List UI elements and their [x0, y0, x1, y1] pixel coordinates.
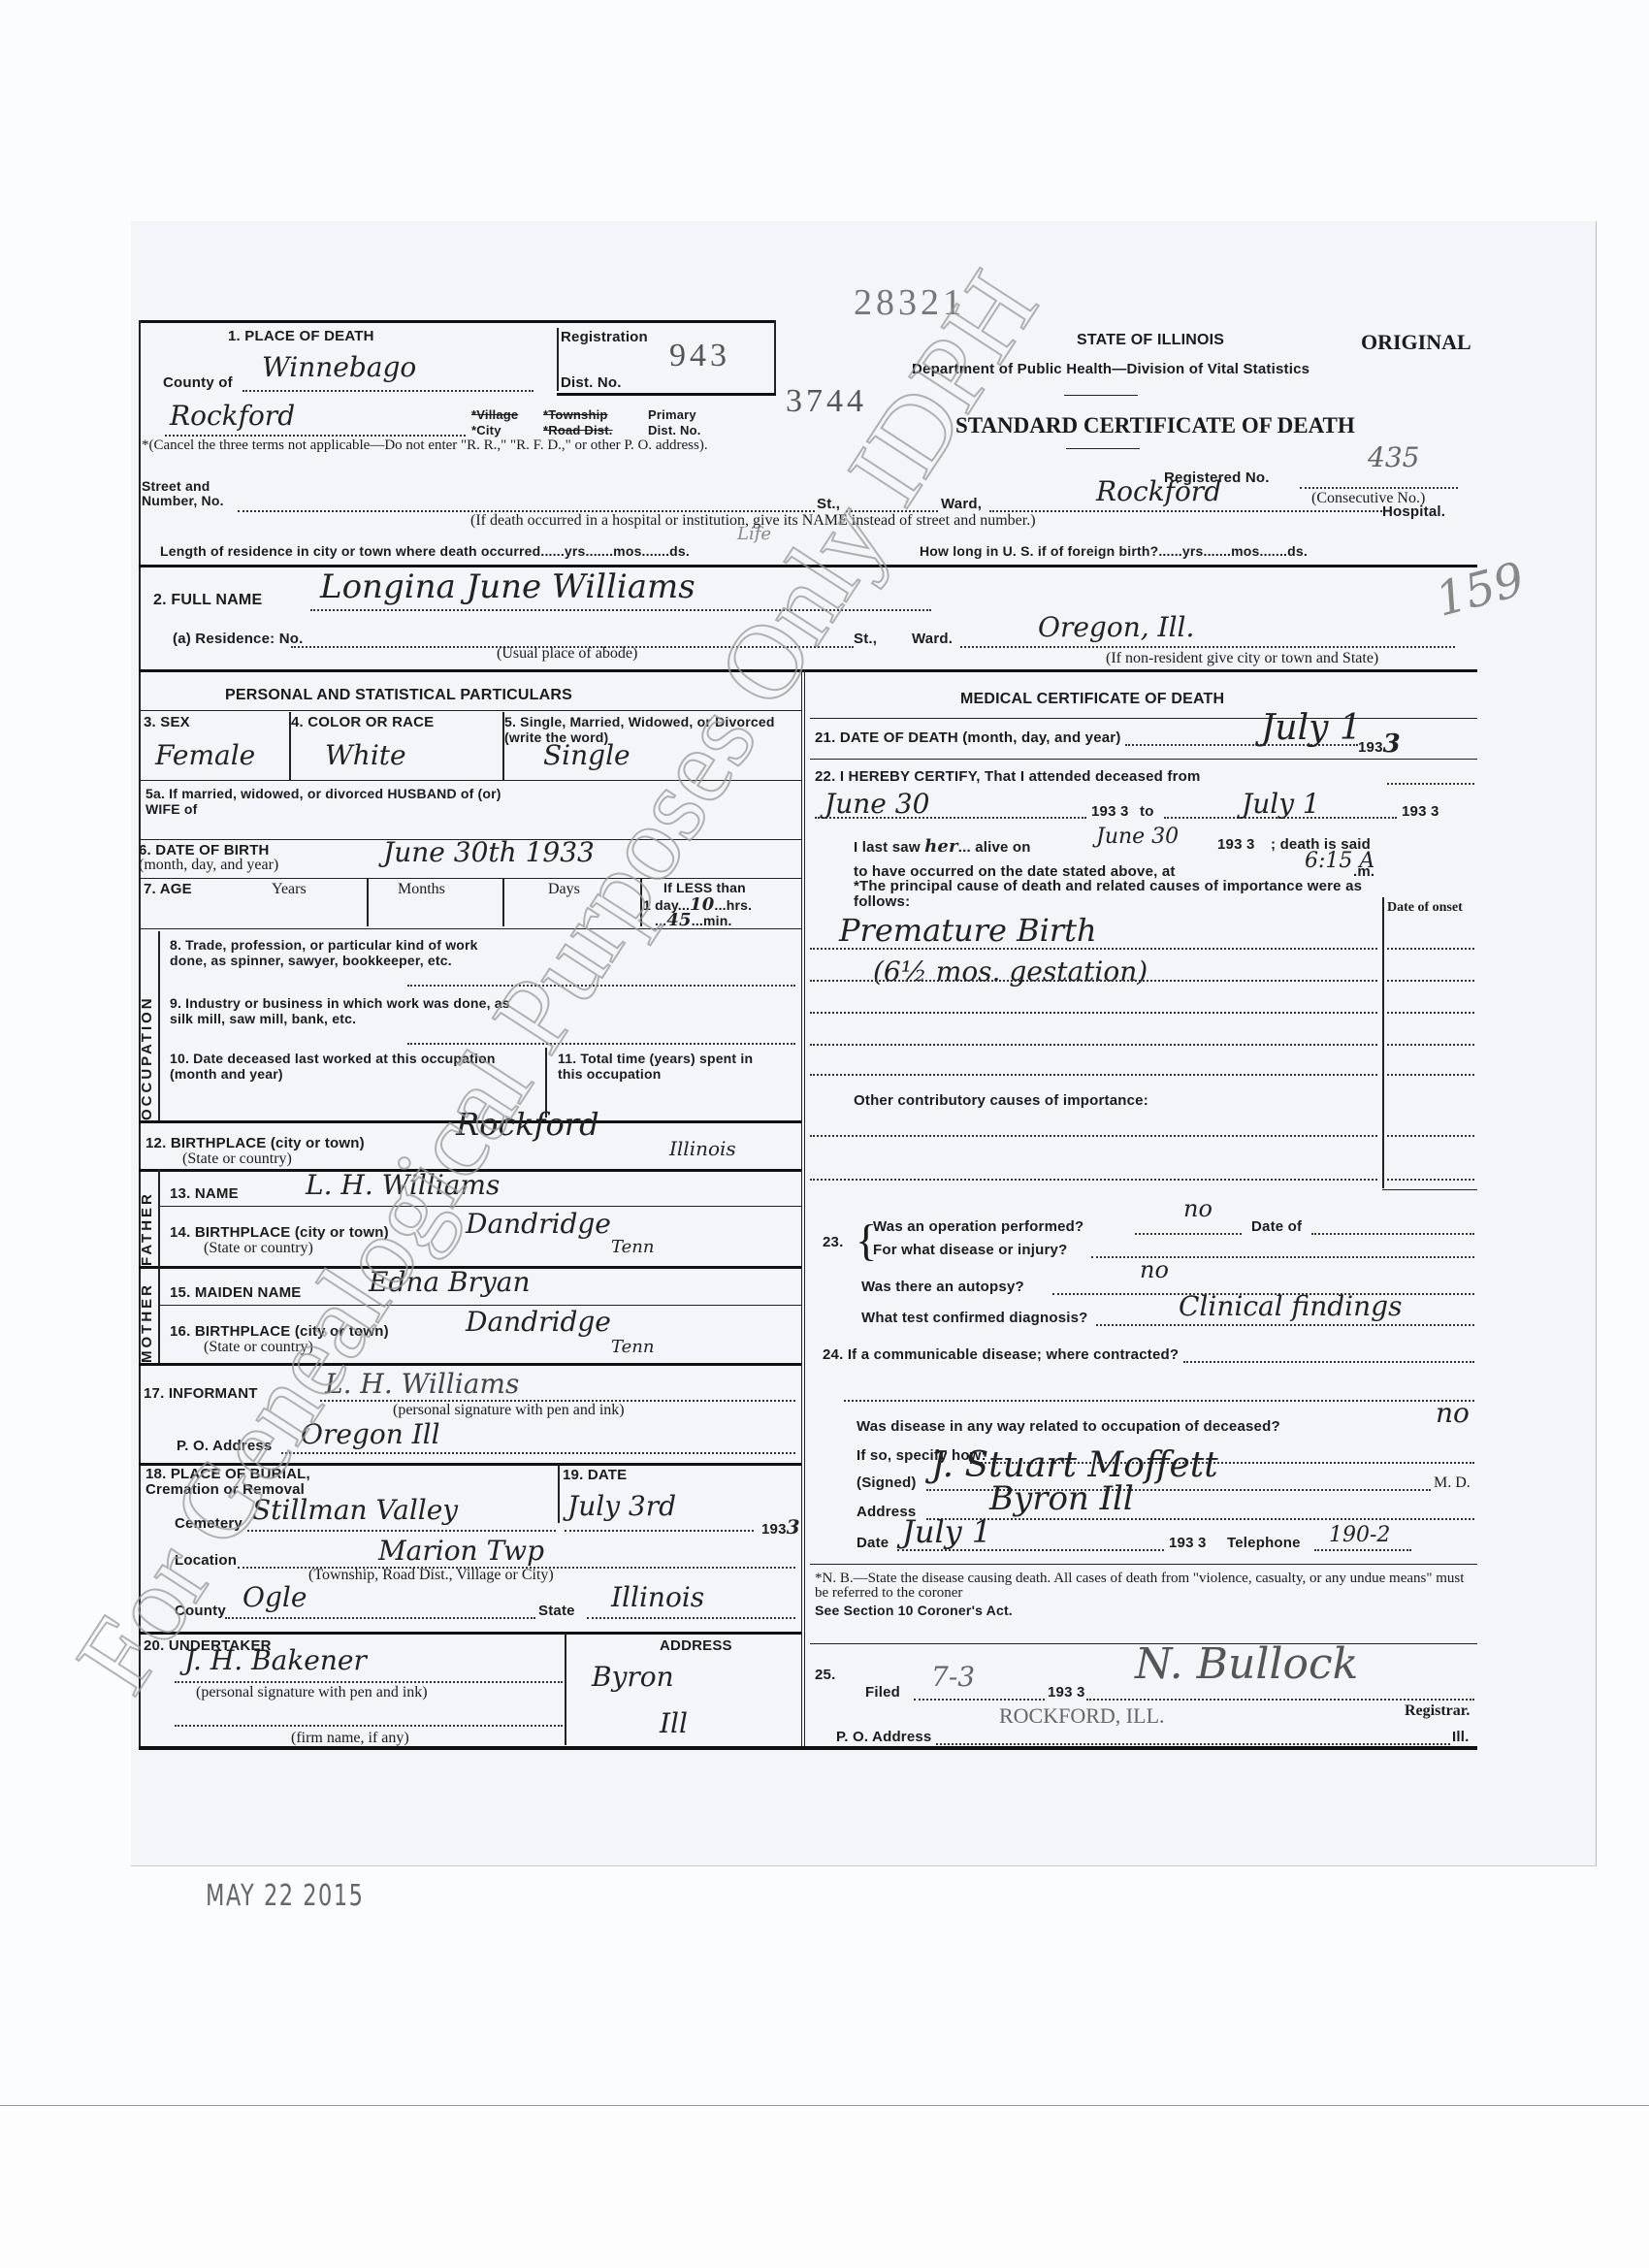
registration-value: 943	[669, 338, 730, 374]
test-label: What test confirmed diagnosis?	[861, 1310, 1088, 1326]
burial-state-label: State	[538, 1603, 575, 1619]
attended-to: July 1	[1242, 788, 1320, 820]
undertaker-address-value: Byron	[592, 1661, 674, 1693]
dob-sub: (month, day, and year)	[139, 857, 278, 874]
length-residence-value: Life	[737, 524, 771, 544]
operation-value: no	[1183, 1195, 1212, 1222]
location-value: Marion Twp	[378, 1535, 544, 1567]
personal-heading: PERSONAL AND STATISTICAL PARTICULARS	[225, 687, 572, 704]
q23-number: 23.	[823, 1234, 843, 1250]
other-causes-label: Other contributory causes of importance:	[854, 1092, 1148, 1109]
doctor-date-year: 193 3	[1169, 1535, 1207, 1551]
residence-ward-label: Ward.	[912, 631, 953, 647]
burial-county-value: Ogle	[242, 1581, 307, 1613]
attended-from-year: 193 3	[1091, 803, 1129, 820]
registrar-label: Registrar.	[1405, 1702, 1470, 1720]
last-saw-pronoun: her	[924, 836, 958, 857]
trade-label: 8. Trade, profession, or particular kind…	[170, 937, 519, 968]
nonresident-note: (If non-resident give city or town and S…	[1106, 650, 1378, 667]
location-note: (Township, Road Dist., Village or City)	[308, 1567, 554, 1584]
filing-po-label: P. O. Address	[836, 1729, 931, 1745]
place-of-death-label: 1. PLACE OF DEATH	[228, 328, 374, 344]
father-birthplace-state: Tenn	[611, 1237, 654, 1257]
birthplace-sub: (State or country)	[182, 1150, 292, 1168]
signed-label: (Signed)	[857, 1474, 917, 1491]
filed-year: 193 3	[1048, 1684, 1085, 1701]
race-value: White	[325, 739, 406, 771]
rockford-stamp: ROCKFORD, ILL.	[999, 1703, 1165, 1729]
registration-label: Registration	[561, 329, 648, 345]
cause-label: *The principal cause of death and relate…	[854, 879, 1397, 910]
firm-note: (firm name, if any)	[291, 1730, 409, 1747]
birthplace-state: Illinois	[669, 1137, 736, 1160]
scanner-bed	[0, 2105, 1649, 2268]
occupation-related-value: no	[1436, 1397, 1470, 1429]
burial-date-value: July 3rd	[567, 1490, 676, 1522]
township-label: *Township	[543, 407, 608, 422]
cause-line-1: Premature Birth	[839, 912, 1097, 949]
county-value: Winnebago	[262, 351, 416, 383]
road-dist-label: *Road Dist.	[543, 423, 613, 437]
filing-ill-label: Ill.	[1452, 1729, 1469, 1745]
date-of-death-year-digit: 3	[1383, 729, 1401, 759]
cancel-note: *(Cancel the three terms not applicable—…	[142, 438, 821, 453]
mother-side-label: MOTHER	[139, 1271, 155, 1363]
father-birthplace-value: Dandridge	[466, 1208, 611, 1240]
coroner-note: See Section 10 Coroner's Act.	[815, 1603, 1013, 1618]
spouse-label: 5a. If married, widowed, or divorced HUS…	[145, 786, 514, 817]
mother-birthplace-value: Dandridge	[466, 1306, 611, 1338]
autopsy-value: no	[1140, 1256, 1169, 1283]
document-title: STANDARD CERTIFICATE OF DEATH	[955, 413, 1355, 438]
telephone-value: 190-2	[1329, 1523, 1390, 1547]
hospital-value: Rockford	[1096, 475, 1221, 507]
undertaker-signature-note: (personal signature with pen and ink)	[196, 1684, 428, 1701]
marital-value: Single	[543, 739, 630, 771]
full-name-label: 2. FULL NAME	[153, 592, 262, 609]
hospital-label: Hospital.	[1382, 503, 1445, 520]
birthplace-label: 12. BIRTHPLACE (city or town)	[145, 1135, 365, 1151]
occupation-related-label: Was disease in any way related to occupa…	[857, 1418, 1280, 1435]
father-birthplace-sub: (State or country)	[204, 1240, 313, 1257]
mother-birthplace-state: Tenn	[611, 1337, 654, 1357]
street-label: Street and Number, No.	[142, 479, 229, 508]
disease-label: For what disease or injury?	[873, 1242, 1067, 1258]
to-label: to	[1140, 803, 1154, 820]
undertaker-value: J. H. Bakener	[184, 1644, 367, 1676]
test-value: Clinical findings	[1179, 1290, 1402, 1322]
residence-label: (a) Residence: No.	[173, 631, 303, 647]
informant-note: (personal signature with pen and ink)	[393, 1402, 625, 1419]
date-of-label: Date of	[1251, 1218, 1302, 1235]
primary-label: Primary	[648, 407, 696, 422]
date-of-death-label: 21. DATE OF DEATH (month, day, and year)	[815, 729, 1121, 746]
filed-label: Filed	[865, 1684, 900, 1701]
medical-heading: MEDICAL CERTIFICATE OF DEATH	[960, 691, 1224, 708]
abode-note: (Usual place of abode)	[497, 645, 637, 663]
received-date-stamp: MAY 22 2015	[206, 1879, 365, 1913]
years-label: Years	[272, 881, 307, 898]
ward-label: Ward,	[941, 496, 982, 512]
burial-date-label: 19. DATE	[563, 1467, 627, 1483]
nb-note: *N. B.—State the disease causing death. …	[815, 1571, 1474, 1601]
date-of-death-year: 193	[1358, 739, 1383, 756]
cause-line-2: (6½ mos. gestation)	[873, 956, 1148, 988]
months-label: Months	[398, 881, 445, 898]
sex-value: Female	[155, 739, 255, 771]
telephone-label: Telephone	[1227, 1535, 1301, 1551]
date-of-death-value: July 1	[1261, 708, 1362, 748]
md-label: M. D.	[1434, 1474, 1471, 1492]
onset-label: Date of onset	[1387, 900, 1463, 916]
doctor-date-value: July 1	[902, 1513, 991, 1550]
alive-on-label: alive on	[975, 839, 1030, 856]
autopsy-label: Was there an autopsy?	[861, 1279, 1024, 1295]
certify-label: 22. I HEREBY CERTIFY, That I attended de…	[815, 768, 1201, 785]
attended-from: June 30	[824, 788, 929, 820]
doctor-date-label: Date	[857, 1535, 889, 1551]
copy-type: ORIGINAL	[1361, 330, 1471, 355]
registered-no-value: 435	[1368, 441, 1419, 473]
race-label: 4. COLOR OR RACE	[291, 714, 434, 730]
doctor-address-value: Byron Ill	[989, 1479, 1134, 1518]
registrar-signature: N. Bullock	[1135, 1639, 1358, 1689]
foreign-birth-label: How long in U. S. if of foreign birth?..…	[920, 543, 1308, 559]
age-label: 7. AGE	[144, 881, 192, 897]
residence-value: Oregon, Ill.	[1038, 611, 1194, 643]
full-name-value: Longina June Williams	[320, 567, 695, 606]
attended-to-year: 193 3	[1402, 803, 1439, 820]
father-name-label: 13. NAME	[170, 1185, 239, 1202]
city-label: *City	[471, 423, 501, 437]
state-title: STATE OF ILLINOIS	[1077, 332, 1224, 349]
city-value: Rockford	[170, 400, 295, 432]
father-side-label: FATHER	[139, 1174, 155, 1266]
total-time-label: 11. Total time (years) spent in this occ…	[558, 1051, 781, 1082]
filing-number: 25.	[815, 1667, 835, 1683]
minutes-label: min.	[703, 913, 732, 928]
village-label: *Village	[471, 407, 518, 422]
length-residence-label: Length of residence in city or town wher…	[160, 543, 690, 559]
dist-no-label: Dist. No.	[561, 374, 622, 391]
alive-year: 193 3	[1217, 836, 1255, 853]
county-label: County of	[163, 374, 233, 391]
burial-year-value: 3	[787, 1515, 800, 1539]
undertaker-address-state: Ill	[660, 1707, 688, 1739]
last-saw-label: I last saw	[854, 839, 921, 856]
burial-state-value: Illinois	[611, 1581, 704, 1613]
operation-label: Was an operation performed?	[873, 1218, 1083, 1235]
sex-label: 3. SEX	[144, 714, 190, 730]
alive-on-value: June 30	[1096, 825, 1179, 849]
filed-value: 7-3	[931, 1661, 975, 1693]
primary-dist-label: Dist. No.	[648, 423, 701, 437]
undertaker-address-label: ADDRESS	[660, 1637, 732, 1654]
communicable-label: 24. If a communicable disease; where con…	[823, 1346, 1179, 1363]
burial-year-prefix: 193	[761, 1521, 787, 1538]
occupation-side-label: OCCUPATION	[139, 936, 155, 1120]
